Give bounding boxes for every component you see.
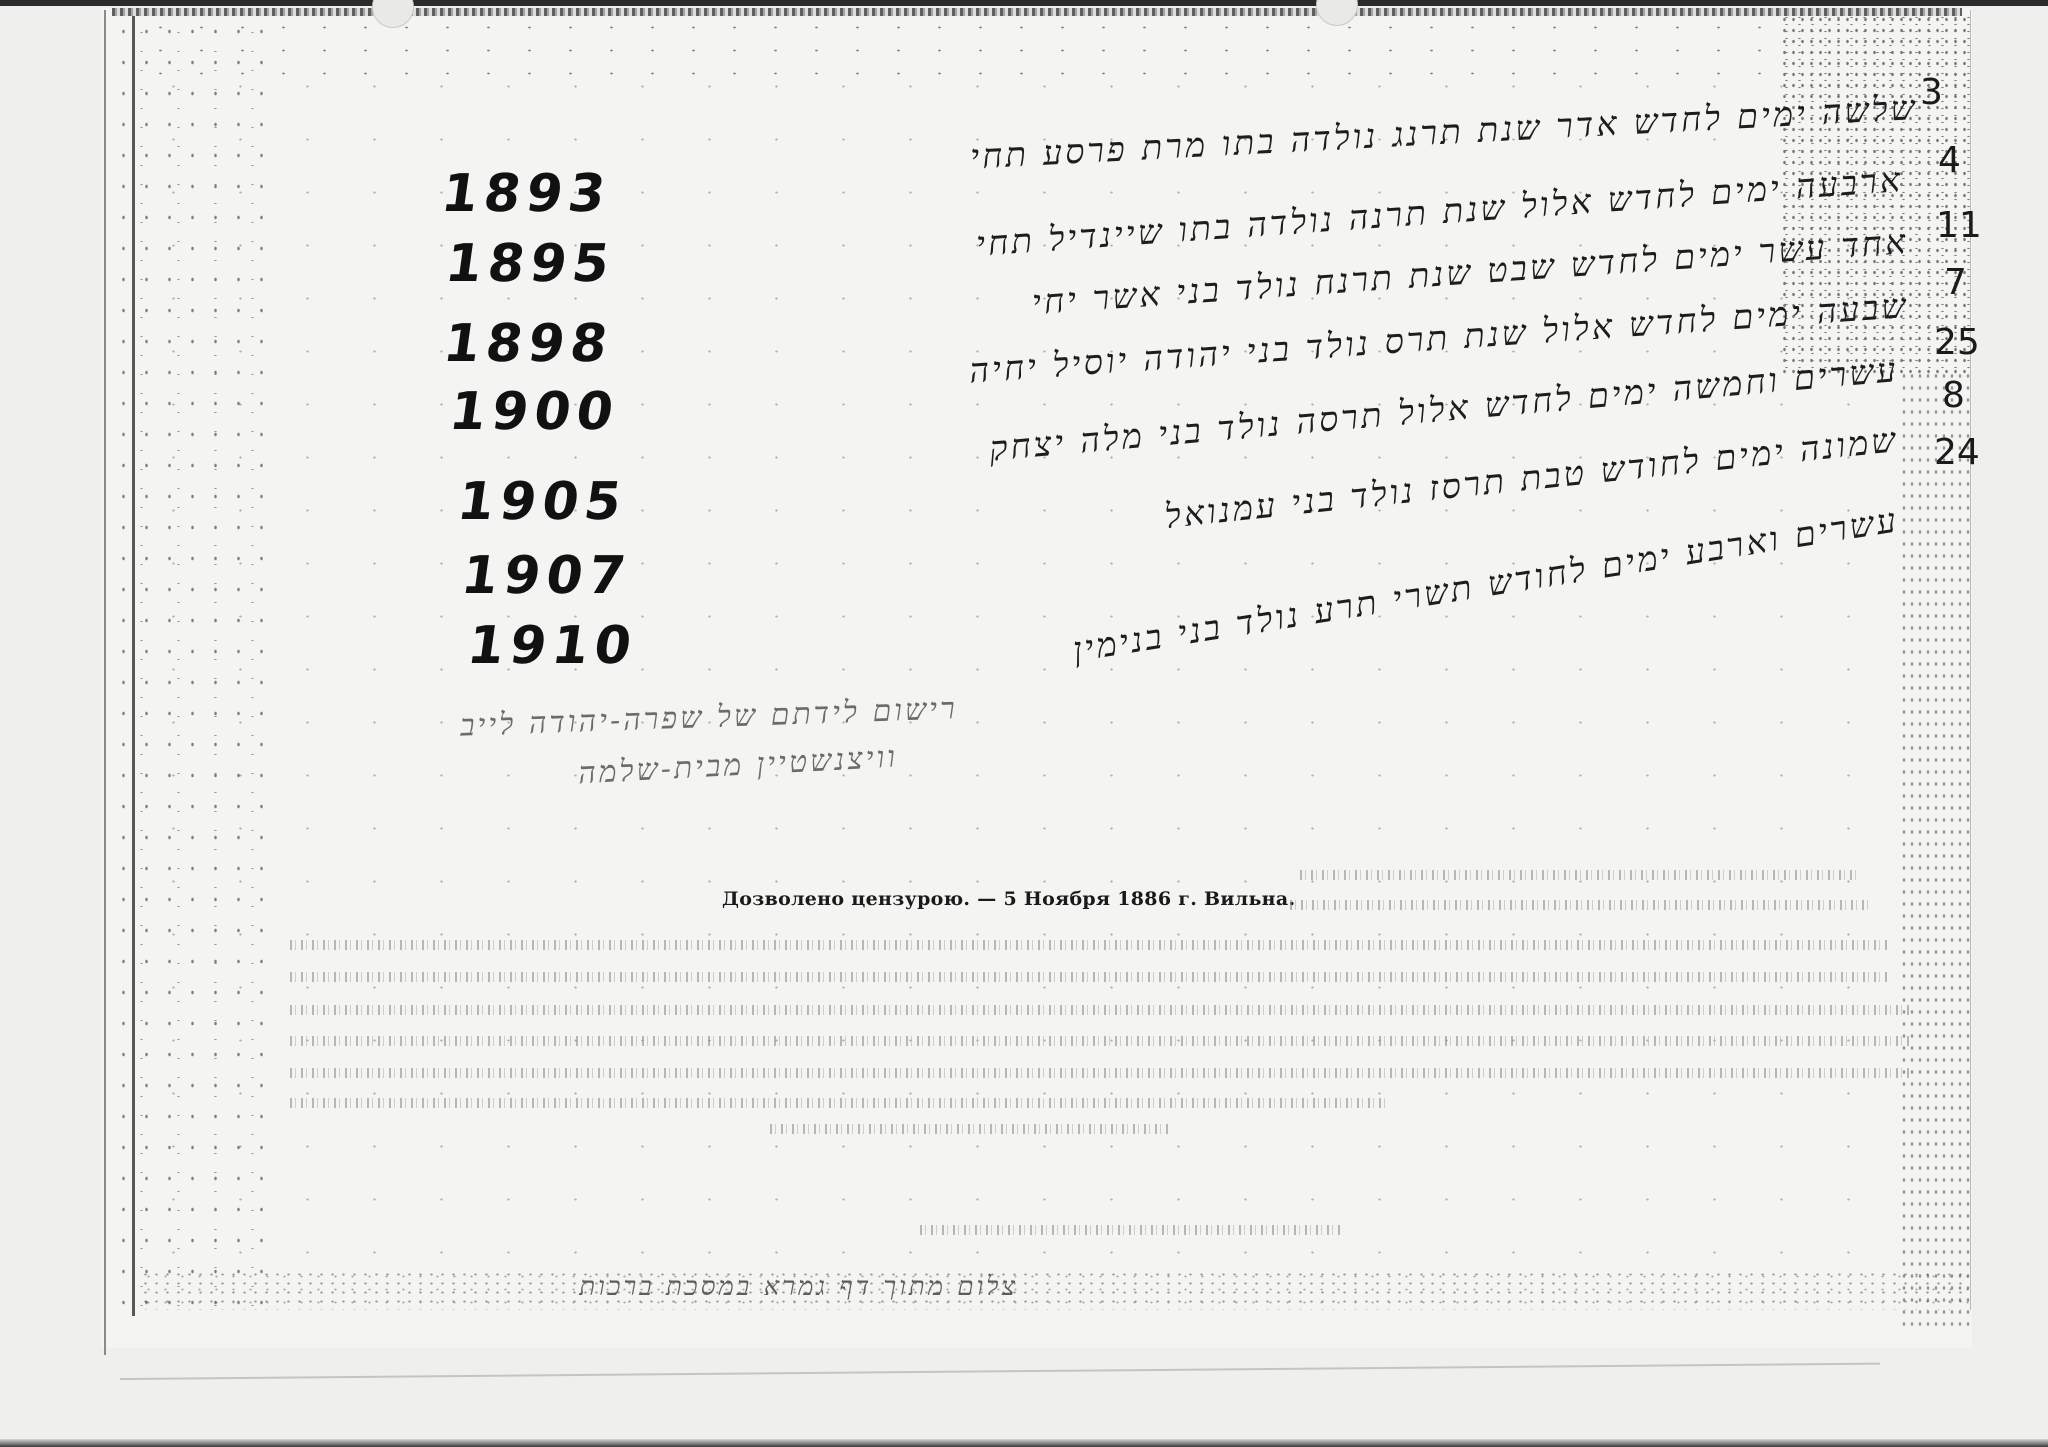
record-number: 11 [1936,205,1982,246]
faded-printed-text [770,1124,1170,1134]
faded-printed-text [1300,870,1860,880]
scanner-top-edge [0,0,2048,6]
paper-edge-left [104,10,106,1355]
record-number: 8 [1942,375,1965,416]
year-entry: 1900 [446,386,622,438]
faded-printed-text [290,1036,1910,1046]
year-entry: 1895 [442,238,618,290]
year-entry: 1907 [458,550,634,602]
censorship-approval-text: Дозволено цензурою. — 5 Ноября 1886 г. В… [722,888,1295,910]
faded-printed-text [290,1068,1910,1078]
faded-printed-text [1290,900,1870,910]
record-number: 4 [1938,140,1961,181]
year-entry: 1905 [454,476,630,528]
record-number: 7 [1944,262,1967,303]
year-entry: 1898 [440,318,616,370]
faded-printed-text [290,1005,1910,1015]
bottom-pencil-annotation: צלום מתוך דף גמרא במסכת ברכות [579,1272,1018,1302]
faded-printed-text [920,1225,1340,1235]
faded-printed-text [290,972,1890,982]
year-entry: 1910 [464,620,640,672]
faded-printed-text [290,940,1890,950]
scanner-bottom-edge [0,1439,2048,1447]
faded-printed-text [290,1098,1390,1108]
record-number: 25 [1934,322,1980,363]
year-entry: 1893 [438,168,614,220]
record-number: 3 [1920,72,1943,113]
record-number: 24 [1934,432,1980,473]
printed-margin-rule [132,16,135,1316]
